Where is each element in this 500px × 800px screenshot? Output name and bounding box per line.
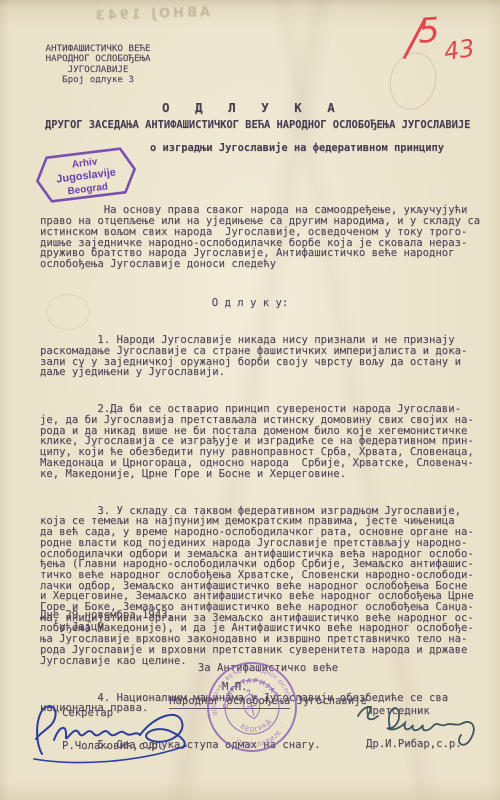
- session-subtitle: ДРУГОГ ЗАСЕДАЊА АНТИФАШИСТИЧКОГ ВЕЋА НАР…: [45, 119, 470, 131]
- subject-line: о изградњи Југославије на федеративном п…: [150, 142, 444, 154]
- decision-item-1: 1. Народи Југославије никада нису призна…: [40, 335, 500, 378]
- date-place-block: Дне 29 новембра 1943, у Јајцу: [40, 610, 174, 633]
- decision-item-2: 2.Да би се остварио принцип суверености …: [40, 404, 500, 479]
- president-signature: [352, 694, 497, 756]
- archive-ref-numerator: 5: [417, 13, 441, 48]
- decision-heading: О д л у к у:: [40, 298, 460, 309]
- document-title: О Д Л У К А: [162, 100, 344, 115]
- document-page: АВНОЈ 1943 5 43 АНТИФАШИСТИЧКО ВЕЋЕ НАРО…: [0, 0, 500, 800]
- mp-mark: М.П.: [222, 681, 248, 693]
- letterhead: АНТИФАШИСТИЧКО ВЕЋЕ НАРОДНОГ ОСЛОБОЂЕЊА …: [42, 44, 154, 86]
- preamble: На основу права сваког народа на самоодр…: [40, 205, 500, 269]
- seal-emblem: [241, 688, 263, 720]
- bleedthrough-text: АВНОЈ 1943: [40, 5, 210, 26]
- official-seal: АНТИФАШИСТИЧКО ВЕЋЕ НАРОДНОГ ОСЛОБОЂЕЊА …: [187, 642, 317, 772]
- archive-ref-denominator: 43: [442, 36, 476, 64]
- secretary-signature: [26, 696, 206, 768]
